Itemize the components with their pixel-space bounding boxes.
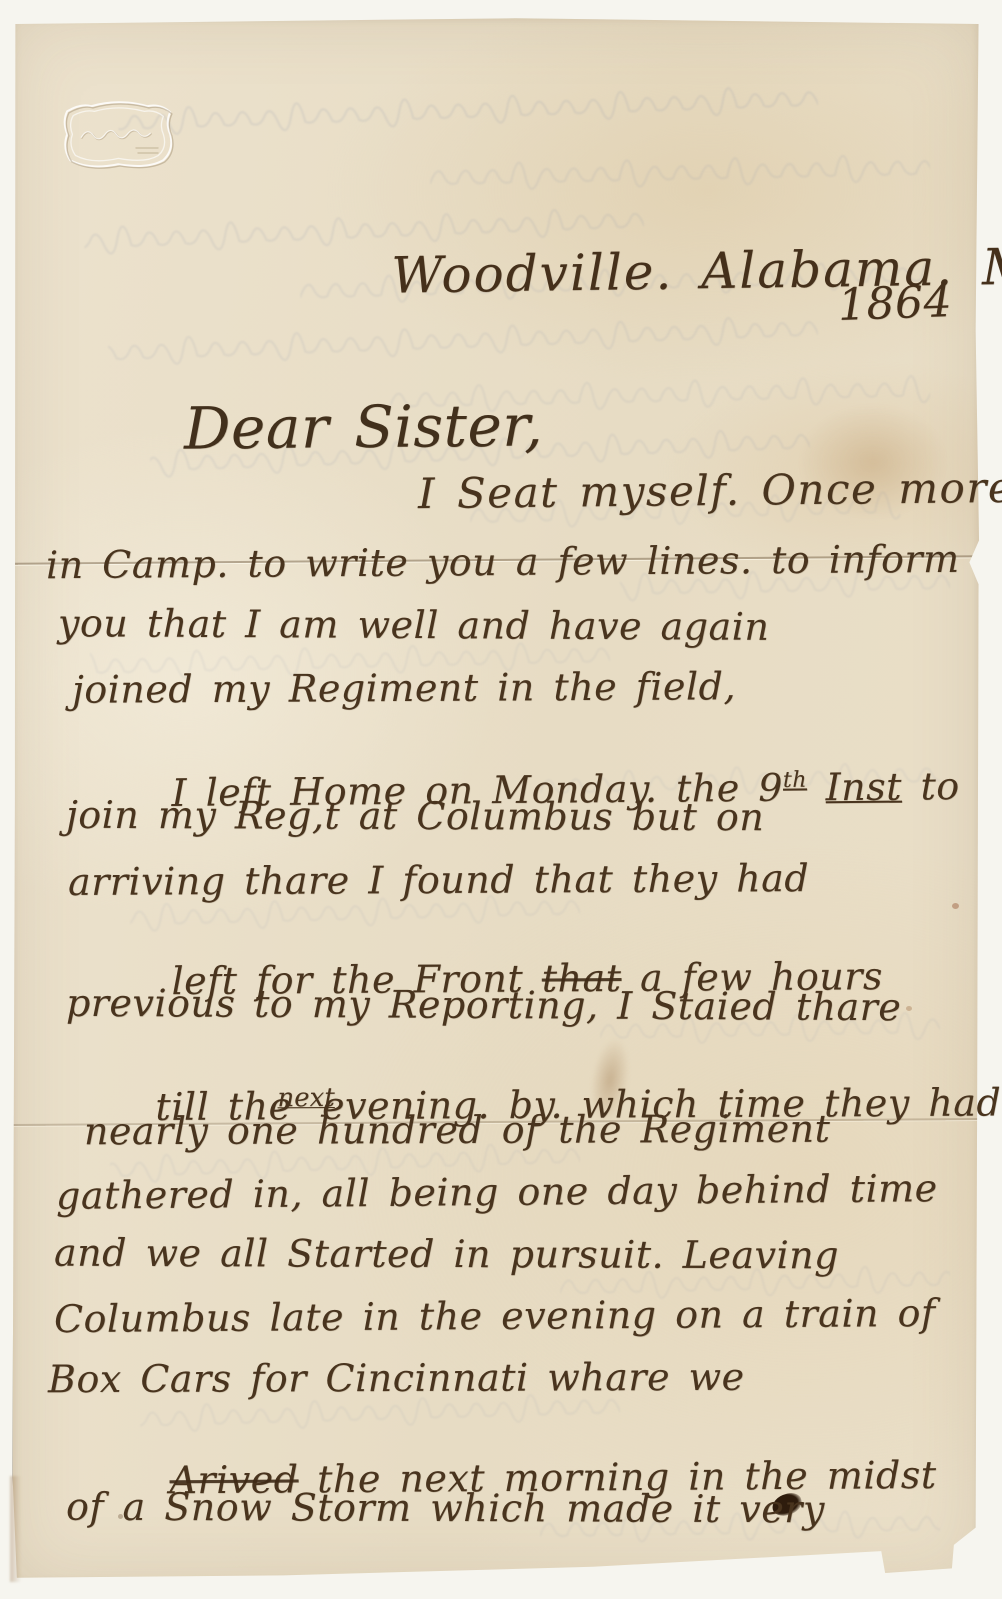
letter-line-6: join my Reg,t at Columbus but on <box>66 796 764 836</box>
letter-line-2: in Camp. to write you a few lines. to in… <box>46 540 960 584</box>
letter-line-1: I Seat myself. Once more <box>418 467 1002 515</box>
bleed-through-row <box>430 143 931 201</box>
line5-underlined-word: Inst <box>825 765 902 810</box>
letter-line-9: previous to my Reporting, I Staied thare <box>66 984 902 1026</box>
scan-background: Woodville. Alabama. May 21st 1864 Dear S… <box>0 0 1002 1599</box>
letter-content: Woodville. Alabama. May 21st 1864 Dear S… <box>0 0 1002 1599</box>
letter-line-3: you that I am well and have again <box>58 604 770 646</box>
foxing-spot <box>906 1006 912 1011</box>
letter-line-17: of a Snow Storm which made it very <box>66 1488 825 1529</box>
year: 1864 <box>837 280 952 328</box>
inserted-word: next <box>277 1085 334 1111</box>
letter-line-7: arriving thare I found that they had <box>68 859 809 901</box>
torn-edge <box>10 1476 24 1582</box>
letter-line-13: and we all Started in pursuit. Leaving <box>54 1234 839 1275</box>
letter-line-15: Box Cars for Cincinnati whare we <box>48 1358 745 1398</box>
letter-line-4: joined my Regiment in the field, <box>72 667 736 708</box>
letter-line-14: Columbus late in the evening on a train … <box>54 1294 936 1338</box>
line5-post: to <box>902 764 960 809</box>
salutation: Dear Sister, <box>184 396 544 457</box>
line5-ordinal: th <box>783 768 807 793</box>
letter-line-11: nearly one hundred of the Regiment <box>84 1110 831 1151</box>
letter-line-12: gathered in, all being one day behind ti… <box>56 1169 938 1215</box>
bleed-through-row <box>117 74 818 146</box>
line5-gap <box>807 765 826 809</box>
embossed-stationery-crest-icon <box>58 96 180 176</box>
foxing-spot <box>952 903 959 909</box>
